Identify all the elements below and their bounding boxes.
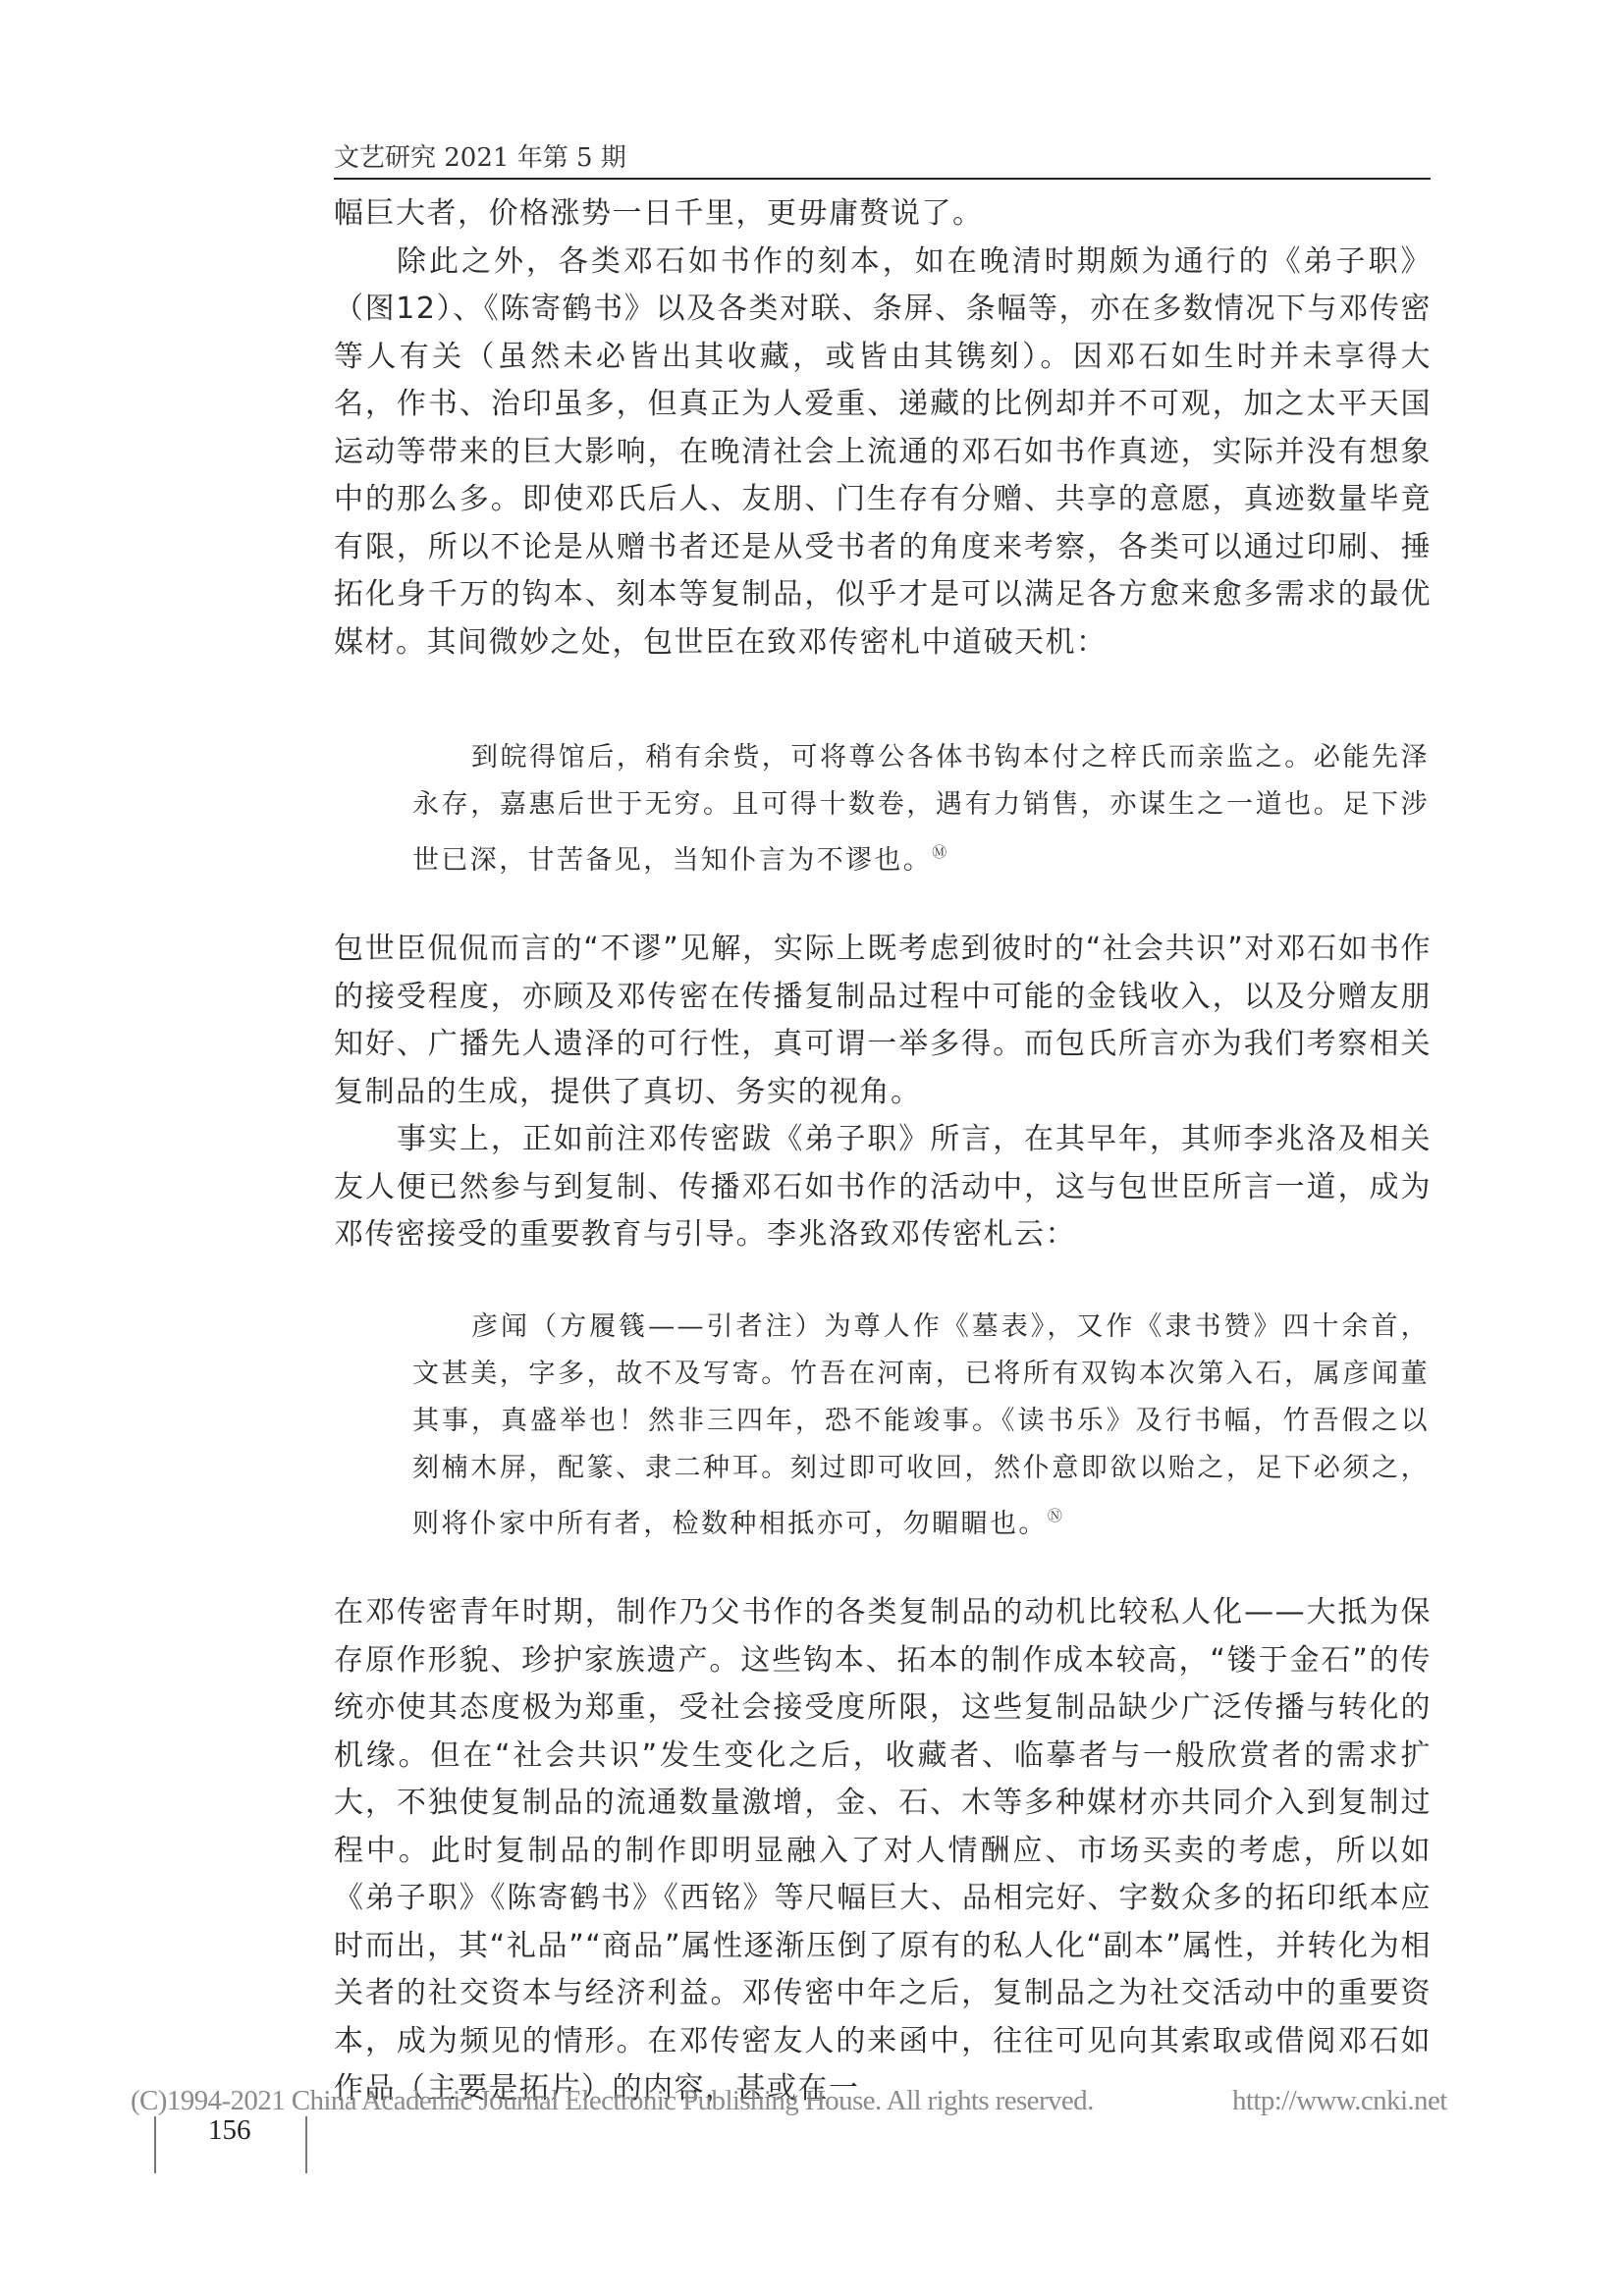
paragraph-continuation: 包世臣侃侃而言的“不谬”见解，实际上既考虑到彼时的“社会共识”对邓石如书作的接受… bbox=[334, 926, 1432, 1116]
quote-body: 到皖得馆后，稍有余赀，可将尊公各体书钩本付之梓氏而亲监之。必能先泽永存，嘉惠后世… bbox=[412, 742, 1430, 876]
block-quote-baoshichen: 到皖得馆后，稍有余赀，可将尊公各体书钩本付之梓氏而亲监之。必能先泽永存，嘉惠后世… bbox=[412, 734, 1430, 884]
folio-rule-left bbox=[154, 2116, 156, 2173]
quote-body: 彦闻（方履篯——引者注）为尊人作《墓表》，又作《隶书赞》四十余首，文甚美，字多，… bbox=[412, 1311, 1430, 1539]
body-block-3: 在邓传密青年时期，制作乃父书作的各类复制品的动机比较私人化——大抵为保存原作形貌… bbox=[334, 1589, 1432, 2113]
paragraph: 事实上，正如前注邓传密跋《弟子职》所言，在其早年，其师李兆洛及相关友人便已然参与… bbox=[334, 1116, 1432, 1259]
body-block-2: 包世臣侃侃而言的“不谬”见解，实际上既考虑到彼时的“社会共识”对邓石如书作的接受… bbox=[334, 926, 1432, 1259]
quote-text: 彦闻（方履篯——引者注）为尊人作《墓表》，又作《隶书赞》四十余首，文甚美，字多，… bbox=[412, 1304, 1430, 1548]
block-quote-lizhaoluo: 彦闻（方履篯——引者注）为尊人作《墓表》，又作《隶书赞》四十余首，文甚美，字多，… bbox=[412, 1304, 1430, 1548]
journal-page: 文艺研究 2021 年第 5 期 幅巨大者，价格涨势一日千里，更毋庸赘说了。 除… bbox=[0, 0, 1623, 2296]
copyright-text: (C)1994-2021 China Academic Journal Elec… bbox=[131, 2085, 1094, 2116]
paragraph-continuation: 幅巨大者，价格涨势一日千里，更毋庸赘说了。 bbox=[334, 190, 1432, 239]
quote-text: 到皖得馆后，稍有余赀，可将尊公各体书钩本付之梓氏而亲监之。必能先泽永存，嘉惠后世… bbox=[412, 734, 1430, 884]
page-number: 156 bbox=[208, 2114, 251, 2147]
folio-rule-right bbox=[305, 2116, 307, 2173]
copyright-notice: (C)1994-2021 China Academic Journal Elec… bbox=[131, 2085, 1446, 2117]
cnki-link[interactable]: http://www.cnki.net bbox=[1232, 2085, 1447, 2117]
body-block-1: 幅巨大者，价格涨势一日千里，更毋庸赘说了。 除此之外，各类邓石如书作的刻本，如在… bbox=[334, 190, 1432, 667]
paragraph: 除此之外，各类邓石如书作的刻本，如在晚清时期颇为通行的《弟子职》（图12）、《陈… bbox=[334, 239, 1432, 667]
header-rule bbox=[334, 178, 1431, 180]
footnote-marker: Ⓝ bbox=[1048, 1507, 1062, 1524]
paragraph-continuation: 在邓传密青年时期，制作乃父书作的各类复制品的动机比较私人化——大抵为保存原作形貌… bbox=[334, 1589, 1432, 2113]
footnote-marker: Ⓜ bbox=[932, 843, 947, 861]
running-head: 文艺研究 2021 年第 5 期 bbox=[334, 137, 626, 174]
